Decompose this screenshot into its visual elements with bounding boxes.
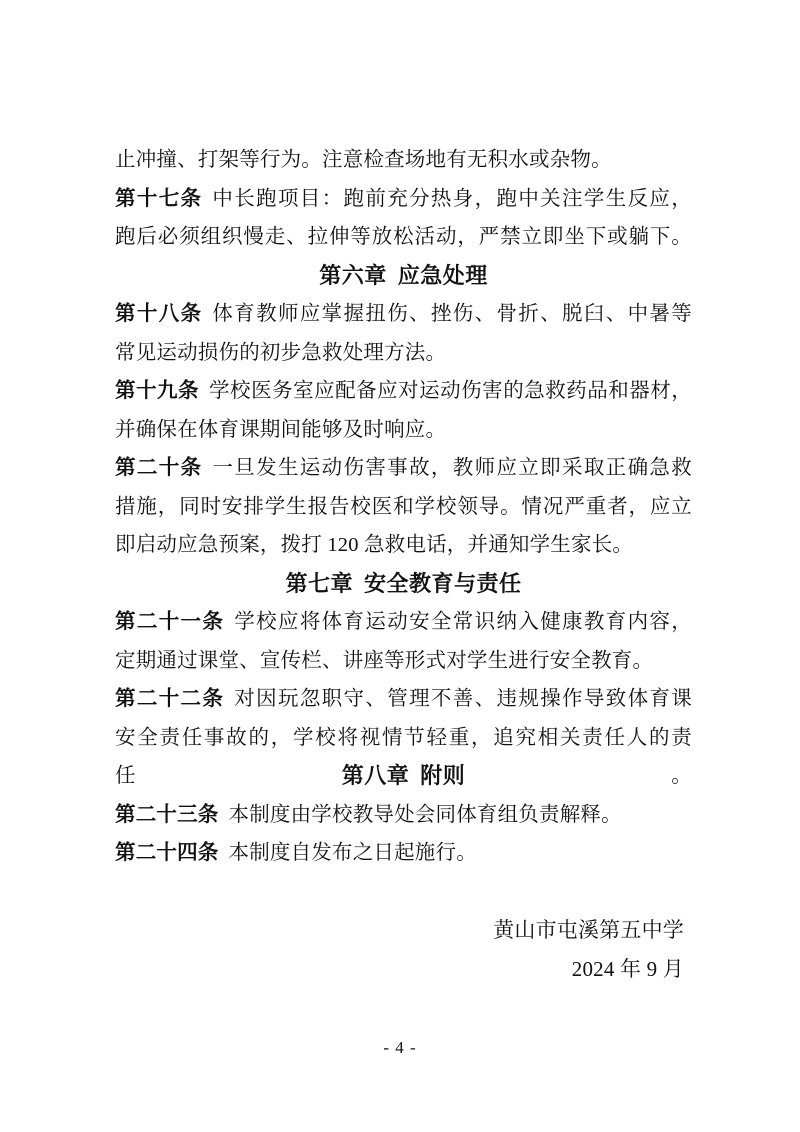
article-text: 学校医务室应配备应对运动伤害的急救药品和器材， bbox=[209, 380, 692, 402]
article-line: 第二十二条对因玩忽职守、管理不善、违规操作导致体育课 bbox=[115, 680, 692, 719]
paragraph-line: 即启动应急预案，拨打 120 急救电话，并通知学生家长。 bbox=[115, 526, 692, 565]
article-number: 第十七条 bbox=[115, 188, 202, 210]
paragraph-line: 跑后必须组织慢走、拉伸等放松活动，严禁立即坐下或躺下。 bbox=[115, 218, 692, 257]
chapter-heading: 第七章 安全教育与责任 bbox=[115, 565, 692, 604]
article-number: 第二十三条 bbox=[115, 804, 219, 826]
paragraph-line: 常见运动损伤的初步急救处理方法。 bbox=[115, 334, 692, 373]
paragraph-line: 措施，同时安排学生报告校医和学校领导。情况严重者，应立 bbox=[115, 488, 692, 527]
article-line: 第二十条一旦发生运动伤害事故，教师应立即采取正确急救 bbox=[115, 449, 692, 488]
article-number: 第二十条 bbox=[115, 457, 202, 479]
chapter-heading: 第六章 应急处理 bbox=[115, 257, 692, 296]
article-line: 第十七条中长跑项目：跑前充分热身，跑中关注学生反应， bbox=[115, 180, 692, 219]
paragraph-line: 并确保在体育课期间能够及时响应。 bbox=[115, 411, 692, 450]
paragraph-line: 止冲撞、打架等行为。注意检查场地有无积水或杂物。 bbox=[115, 141, 692, 180]
article-number: 第二十二条 bbox=[115, 688, 224, 710]
article-text: 中长跑项目：跑前充分热身，跑中关注学生反应， bbox=[212, 188, 692, 210]
article-line: 第二十一条学校应将体育运动安全常识纳入健康教育内容， bbox=[115, 603, 692, 642]
article-line: 第十九条学校医务室应配备应对运动伤害的急救药品和器材， bbox=[115, 372, 692, 411]
article-text: 本制度由学校教导处会同体育组负责解释。 bbox=[229, 804, 622, 826]
article-number: 第二十四条 bbox=[115, 842, 219, 864]
signature-date: 2024 年 9 月 bbox=[115, 950, 692, 989]
article-text: 学校应将体育运动安全常识纳入健康教育内容， bbox=[234, 611, 692, 633]
article-line: 第十八条体育教师应掌握扭伤、挫伤、骨折、脱臼、中暑等 bbox=[115, 295, 692, 334]
page-number: - 4 - bbox=[0, 1038, 800, 1058]
article-line: 第二十三条本制度由学校教导处会同体育组负责解释。 bbox=[115, 796, 692, 835]
article-text: 对因玩忽职守、管理不善、违规操作导致体育课 bbox=[234, 688, 692, 710]
article-line: 第二十四条本制度自发布之日起施行。 bbox=[115, 834, 692, 873]
article-text: 一旦发生运动伤害事故，教师应立即采取正确急救 bbox=[212, 457, 692, 479]
article-number: 第十八条 bbox=[115, 303, 202, 325]
spacer-line bbox=[115, 873, 692, 912]
document-page: 止冲撞、打架等行为。注意检查场地有无积水或杂物。 第十七条中长跑项目：跑前充分热… bbox=[0, 0, 800, 1132]
article-number: 第二十一条 bbox=[115, 611, 224, 633]
signature-organization: 黄山市屯溪第五中学 bbox=[115, 911, 692, 950]
document-body: 止冲撞、打架等行为。注意检查场地有无积水或杂物。 第十七条中长跑项目：跑前充分热… bbox=[115, 141, 692, 988]
article-text: 体育教师应掌握扭伤、挫伤、骨折、脱臼、中暑等 bbox=[212, 303, 692, 325]
paragraph-line: 定期通过课堂、宣传栏、讲座等形式对学生进行安全教育。 bbox=[115, 642, 692, 681]
article-text: 本制度自发布之日起施行。 bbox=[229, 842, 477, 864]
article-number: 第十九条 bbox=[115, 380, 199, 402]
paragraph-line: 安全责任事故的，学校将视情节轻重，追究相关责任人的责任。 bbox=[115, 719, 692, 758]
